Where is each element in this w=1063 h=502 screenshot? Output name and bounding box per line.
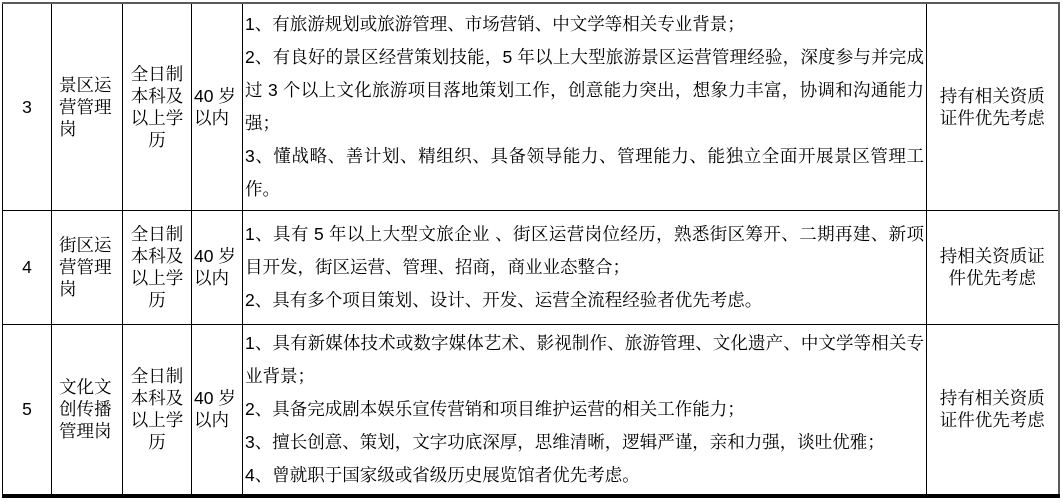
requirement-item: 1、具有新媒体技术或数字媒体艺术、影视制作、旅游管理、文化遗产、中文学等相关专业… [245,327,924,393]
position-cell: 文化文创传播管理岗 [52,324,123,496]
position-title: 街区运营管理岗 [59,234,115,300]
age-cell: 40 岁以内 [192,210,243,324]
row-number: 5 [3,324,52,496]
education-cell: 全日制本科及以上学历 [123,210,192,324]
age-requirement: 40 岁以内 [194,245,242,289]
requirement-item: 2、有良好的景区经营策划技能，5 年以上大型旅游景区运营管理经验，深度参与并完成… [245,41,924,140]
position-cell: 景区运营管理岗 [52,3,123,210]
table-row: 3 景区运营管理岗 全日制本科及以上学历 40 岁以内 1、有旅游规划或旅游管理… [3,3,1059,210]
education-cell: 全日制本科及以上学历 [123,3,192,210]
requirement-item: 2、具备完成剧本娱乐宣传营销和项目维护运营的相关工作能力； [245,393,924,426]
requirement-item: 3、懂战略、善计划、精组织、具备领导能力、管理能力、能独立全面开展景区管理工作。 [245,140,924,206]
qualification-note: 持有相关资质证件优先考虑 [936,85,1048,129]
age-requirement: 40 岁以内 [194,85,242,129]
position-title: 文化文创传播管理岗 [59,376,115,442]
requirement-item: 3、擅长创意、策划，文字功底深厚，思维清晰，逻辑严谨，亲和力强，谈吐优雅； [245,426,924,459]
note-cell: 持有相关资质证件优先考虑 [927,3,1059,210]
requirement-item: 1、有旅游规划或旅游管理、市场营销、中文学等相关专业背景； [245,8,924,41]
requirements-cell: 1、具有新媒体技术或数字媒体艺术、影视制作、旅游管理、文化遗产、中文学等相关专业… [243,324,927,496]
note-cell: 持相关资质证件优先考虑 [927,210,1059,324]
age-cell: 40 岁以内 [192,3,243,210]
row-number: 4 [3,210,52,324]
age-requirement: 40 岁以内 [194,387,242,431]
position-title: 景区运营管理岗 [59,74,115,140]
education-requirement: 全日制本科及以上学历 [129,365,185,453]
requirement-item: 4、曾就职于国家级或省级历史展览馆者优先考虑。 [245,459,924,492]
education-cell: 全日制本科及以上学历 [123,324,192,496]
position-cell: 街区运营管理岗 [52,210,123,324]
table-row: 4 街区运营管理岗 全日制本科及以上学历 40 岁以内 1、具有 5 年以上大型… [3,210,1059,324]
qualification-note: 持相关资质证件优先考虑 [936,245,1048,289]
recruitment-table: 3 景区运营管理岗 全日制本科及以上学历 40 岁以内 1、有旅游规划或旅游管理… [2,2,1060,498]
requirement-item: 1、具有 5 年以上大型文旅企业 、街区运营岗位经历，熟悉街区筹开、二期再建、新… [245,218,924,284]
table-row: 5 文化文创传播管理岗 全日制本科及以上学历 40 岁以内 1、具有新媒体技术或… [3,324,1059,496]
note-cell: 持有相关资质证件优先考虑 [927,324,1059,496]
requirements-cell: 1、有旅游规划或旅游管理、市场营销、中文学等相关专业背景；2、有良好的景区经营策… [243,3,927,210]
age-cell: 40 岁以内 [192,324,243,496]
row-number: 3 [3,3,52,210]
requirements-cell: 1、具有 5 年以上大型文旅企业 、街区运营岗位经历，熟悉街区筹开、二期再建、新… [243,210,927,324]
education-requirement: 全日制本科及以上学历 [129,223,185,311]
education-requirement: 全日制本科及以上学历 [129,63,185,151]
qualification-note: 持有相关资质证件优先考虑 [936,387,1048,431]
requirement-item: 2、具有多个项目策划、设计、开发、运营全流程经验者优先考虑。 [245,284,924,317]
